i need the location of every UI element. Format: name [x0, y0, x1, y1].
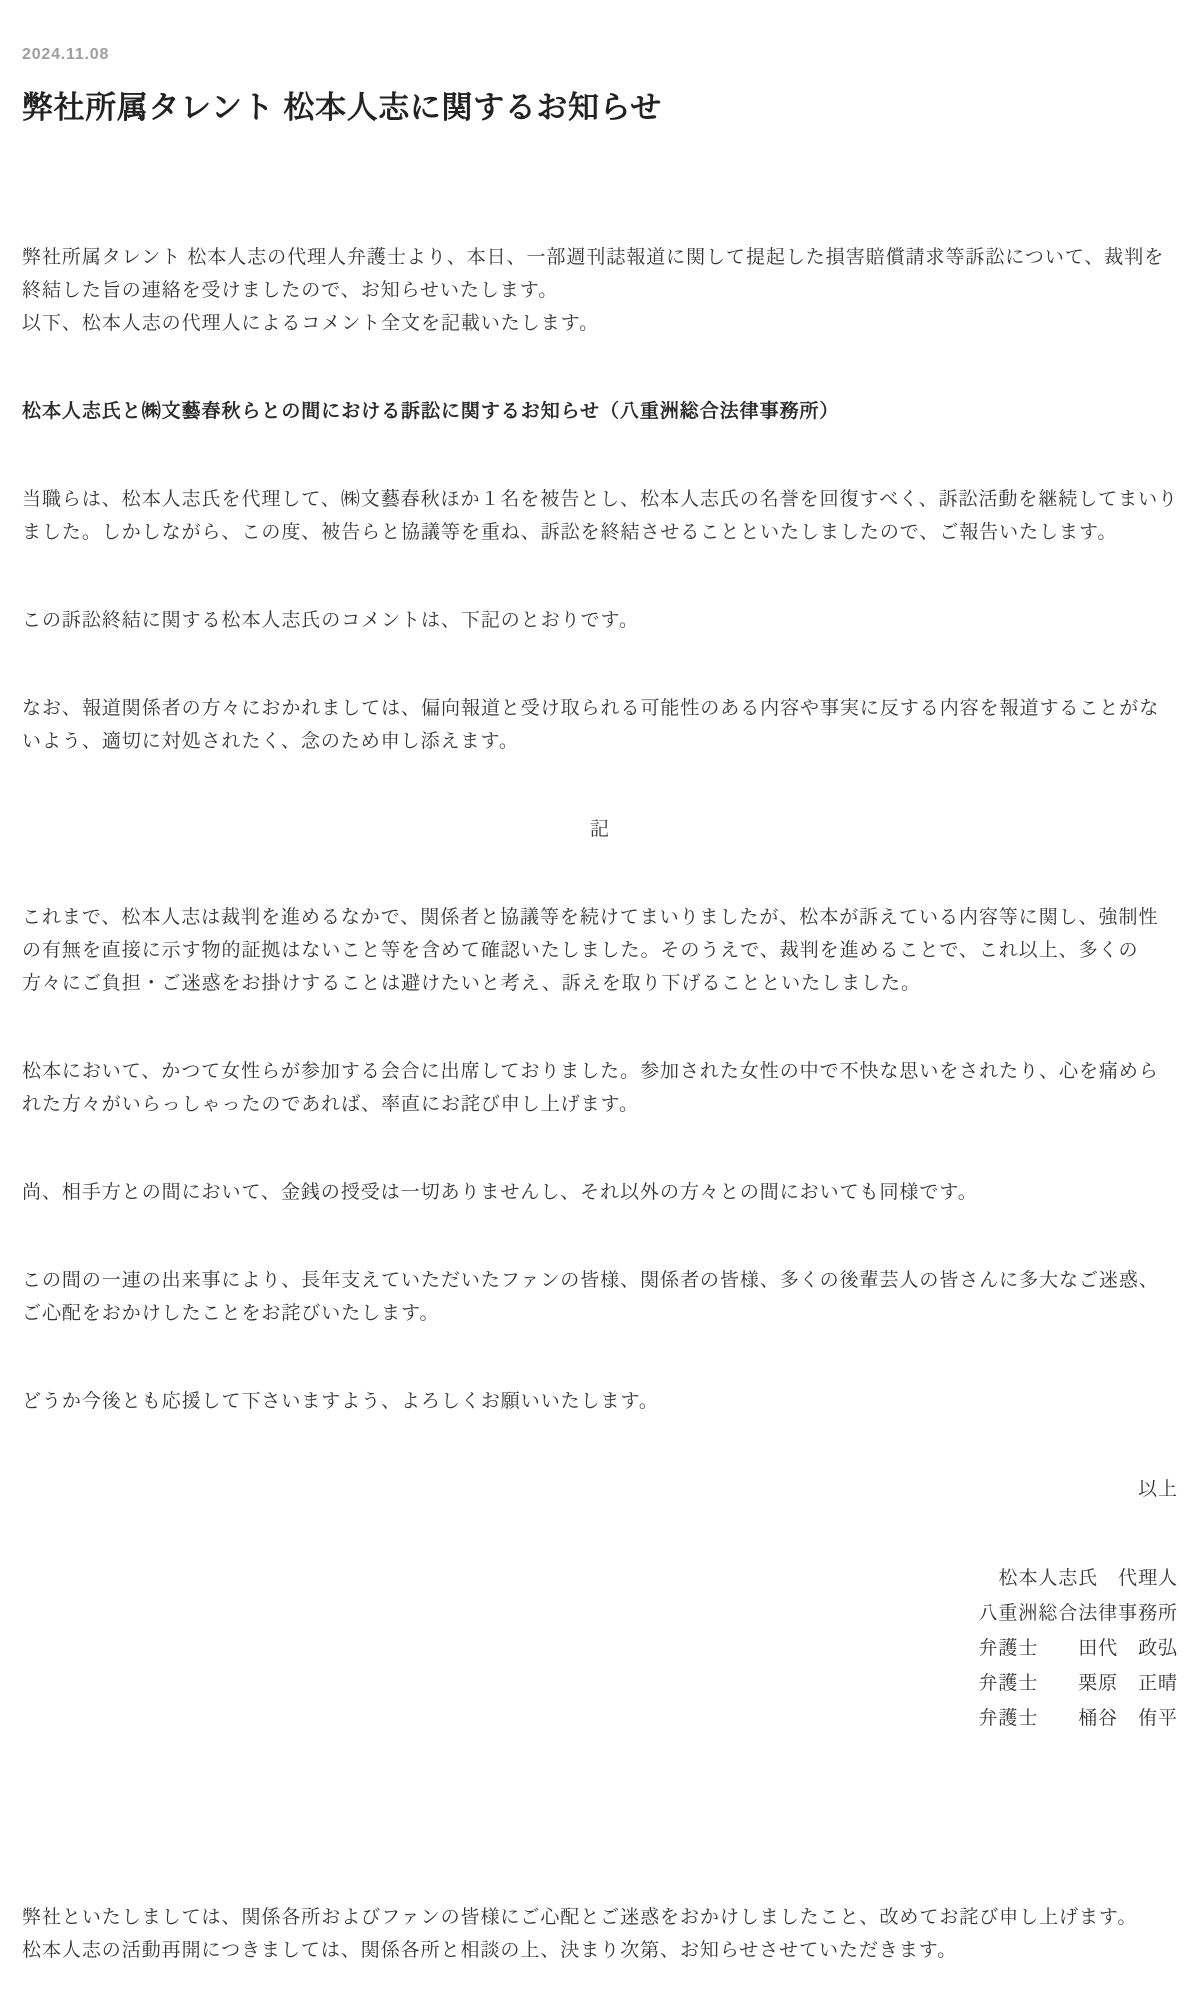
- footer-paragraph-1: 弊社といたしましては、関係各所およびファンの皆様にご心配とご迷惑をおかけしました…: [22, 1901, 1178, 1934]
- signature-line-lawyer-2: 弁護士 栗原 正晴: [22, 1666, 1178, 1701]
- signature-line-representative: 松本人志氏 代理人: [22, 1561, 1178, 1596]
- ki-marker: 記: [22, 813, 1178, 846]
- comment-paragraph-3: なお、報道関係者の方々におかれましては、偏向報道と受け取られる可能性のある内容や…: [22, 692, 1178, 758]
- signature-line-lawyer-1: 弁護士 田代 政弘: [22, 1631, 1178, 1666]
- comment-paragraph-5: 松本において、かつて女性らが参加する会合に出席しておりました。参加された女性の中…: [22, 1055, 1178, 1121]
- comment-paragraph-7: この間の一連の出来事により、長年支えていただいたファンの皆様、関係者の皆様、多く…: [22, 1264, 1178, 1330]
- comment-heading: 松本人志氏と㈱文藝春秋らとの間における訴訟に関するお知らせ（八重洲総合法律事務所…: [22, 395, 1178, 428]
- comment-paragraph-6: 尚、相手方との間において、金銭の授受は一切ありませんし、それ以外の方々との間にお…: [22, 1176, 1178, 1209]
- intro-block: 弊社所属タレント 松本人志の代理人弁護士より、本日、一部週刊誌報道に関して提起し…: [22, 241, 1178, 340]
- signature-block: 松本人志氏 代理人 八重洲総合法律事務所 弁護士 田代 政弘 弁護士 栗原 正晴…: [22, 1561, 1178, 1736]
- closing-marker: 以上: [22, 1473, 1178, 1506]
- comment-paragraph-4: これまで、松本人志は裁判を進めるなかで、関係者と協議等を続けてまいりましたが、松…: [22, 901, 1178, 1000]
- signature-line-law-office: 八重洲総合法律事務所: [22, 1596, 1178, 1631]
- footer-paragraph-2: 松本人志の活動再開につきましては、関係各所と相談の上、決まり次第、お知らせさせて…: [22, 1934, 1178, 1967]
- intro-paragraph-1: 弊社所属タレント 松本人志の代理人弁護士より、本日、一部週刊誌報道に関して提起し…: [22, 241, 1178, 307]
- publish-date: 2024.11.08: [22, 45, 1178, 65]
- intro-paragraph-2: 以下、松本人志の代理人によるコメント全文を記載いたします。: [22, 307, 1178, 340]
- page-title: 弊社所属タレント 松本人志に関するお知らせ: [22, 90, 1178, 126]
- notice-page: 2024.11.08 弊社所属タレント 松本人志に関するお知らせ 弊社所属タレン…: [0, 0, 1200, 2007]
- comment-paragraph-2: この訴訟終結に関する松本人志氏のコメントは、下記のとおりです。: [22, 604, 1178, 637]
- comment-paragraph-8: どうか今後とも応援して下さいますよう、よろしくお願いいたします。: [22, 1385, 1178, 1418]
- signature-line-lawyer-3: 弁護士 桶谷 侑平: [22, 1701, 1178, 1736]
- company-footer-block: 弊社といたしましては、関係各所およびファンの皆様にご心配とご迷惑をおかけしました…: [22, 1901, 1178, 1967]
- comment-paragraph-1: 当職らは、松本人志氏を代理して、㈱文藝春秋ほか１名を被告とし、松本人志氏の名誉を…: [22, 483, 1178, 549]
